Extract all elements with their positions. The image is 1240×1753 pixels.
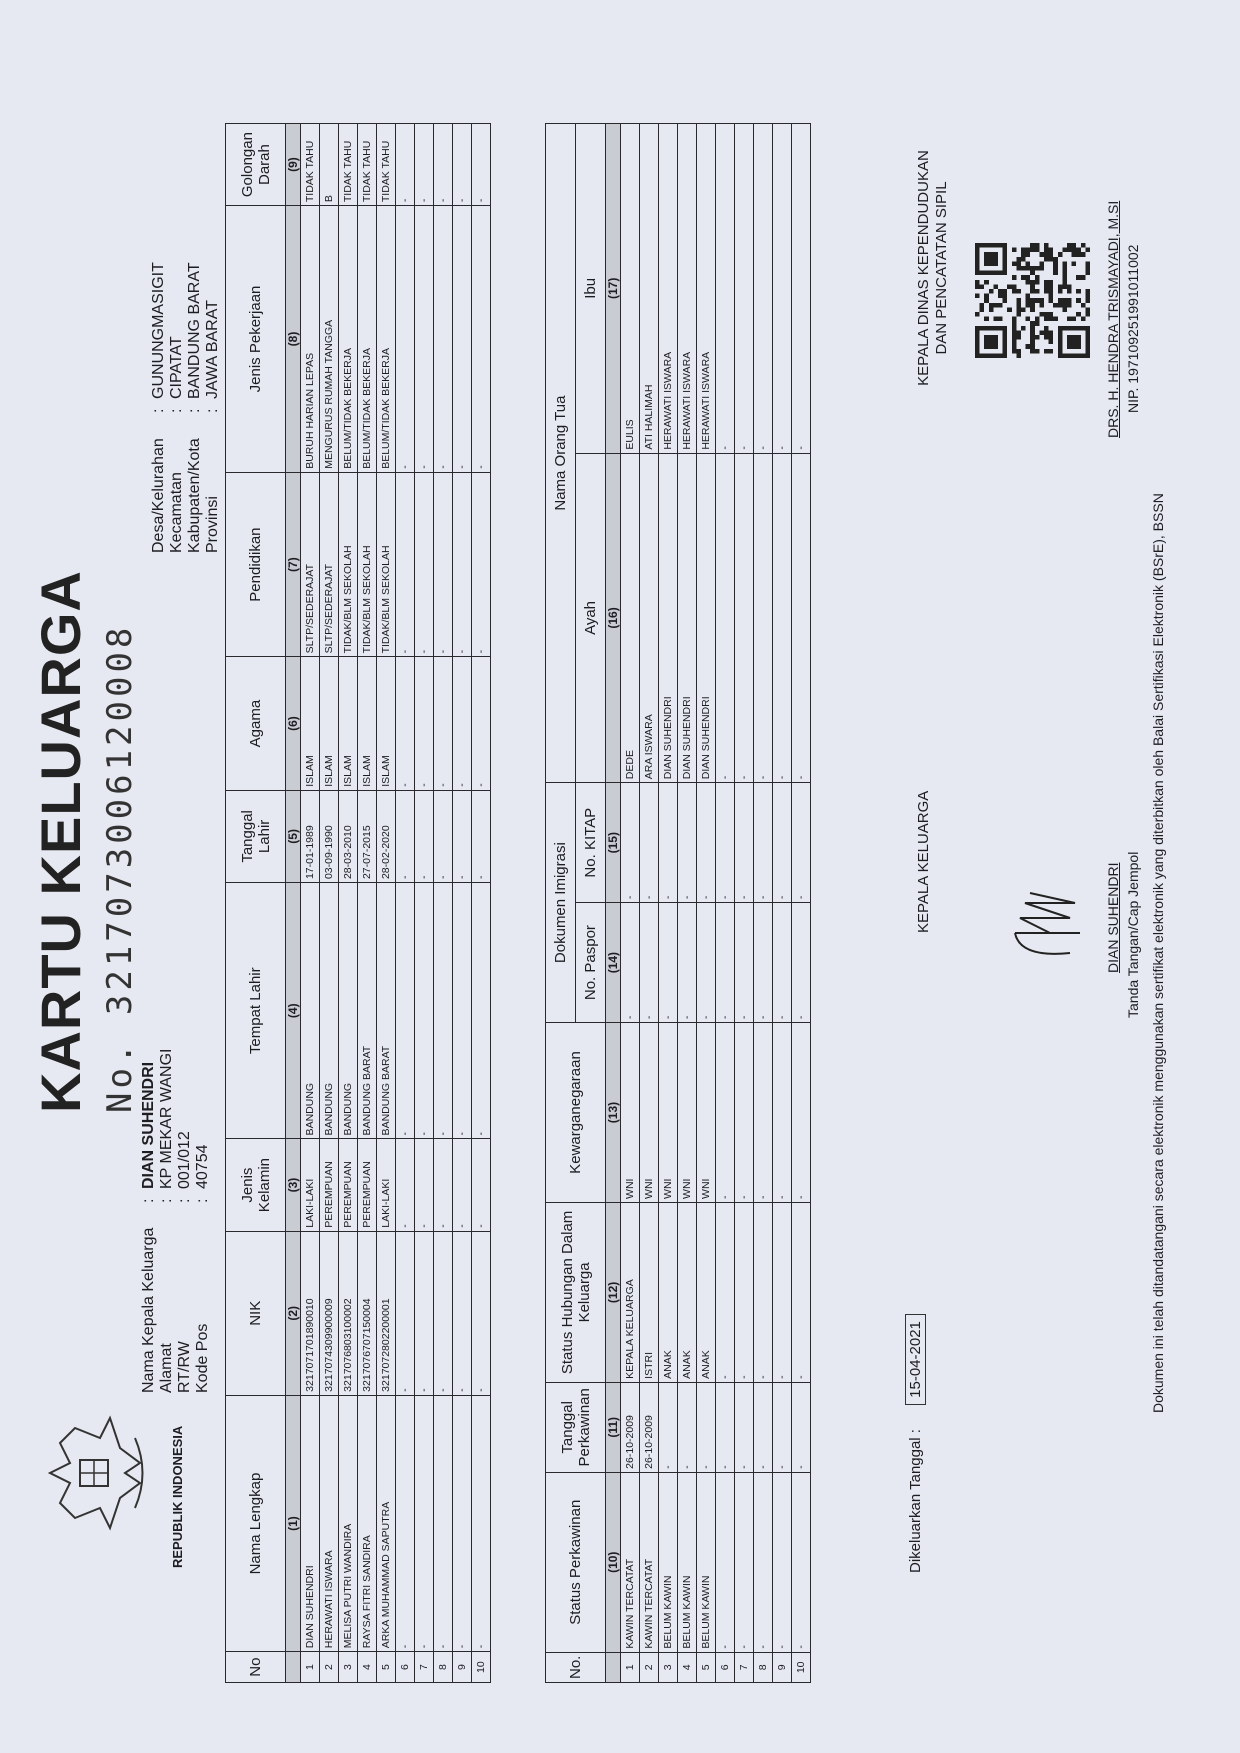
col-header: Tanggal Lahir [226,790,286,882]
col-header: Kewarganegaraan [546,1023,606,1203]
head-of-family-name: DIAN SUHENDRI [1105,863,1121,973]
table-cell: - [415,657,434,790]
header-label: Nama Kepala Keluarga [140,1203,158,1393]
table-cell: - [415,124,434,206]
rt-rw-value: 001/012 [176,1131,194,1189]
table-cell: - [434,790,453,882]
table-cell: - [773,1472,792,1652]
table-cell: - [453,124,472,206]
column-number: (15) [606,783,621,903]
table-cell: 10 [472,1652,491,1683]
civil-row: 10-------- [792,124,811,1683]
table-cell: - [396,657,415,790]
table-cell: - [773,1023,792,1203]
table-cell: MELISA PUTRI WANDIRA [339,1395,358,1651]
header-label: Kecamatan [168,413,186,553]
signature-caption: Tanda Tangan/Cap Jempol [1125,852,1141,1018]
column-number: (7) [286,472,301,657]
col-header: Golongan Darah [226,124,286,206]
table-cell: - [735,1202,754,1382]
member-row: 2HERAWATI ISWARA3217074309900009PEREMPUA… [320,124,339,1683]
table-cell: 4 [358,1652,377,1683]
column-number: (5) [286,790,301,882]
table-cell: - [792,903,811,1023]
col-header: NIK [226,1231,286,1395]
col-header: Status Hubungan Dalam Keluarga [546,1202,606,1382]
electronic-signature-disclaimer: Dokumen ini telah ditandatangani secara … [1150,493,1166,1413]
table-cell: DIAN SUHENDRI [659,453,678,783]
table-cell: - [434,1139,453,1231]
table-cell: - [396,124,415,206]
table-cell: - [773,783,792,903]
table-cell: - [415,1231,434,1395]
member-row: 4RAYSA FITRI SANDIRA3217076707150004PERE… [358,124,377,1683]
table-cell: 5 [377,1652,396,1683]
table-cell: - [415,472,434,657]
table-cell: BELUM KAWIN [659,1472,678,1652]
table-cell: - [792,124,811,454]
table-cell: - [716,1202,735,1382]
header-label: Kabupaten/Kota [186,413,204,553]
table-cell: - [697,1382,716,1472]
table-cell: - [472,472,491,657]
table-cell: - [716,1472,735,1652]
header-left: Nama Kepala Keluarga:DIAN SUHENDRI Alama… [140,1049,212,1393]
table-cell: - [453,206,472,473]
table-cell: - [453,1139,472,1231]
family-card-document: REPUBLIK INDONESIA KARTU KELUARGA No. 32… [0,0,1240,1753]
table-cell: 28-02-2020 [377,790,396,882]
table-cell: - [453,1395,472,1651]
table-cell: HERAWATI ISWARA [659,124,678,454]
column-number: (4) [286,883,301,1139]
qr-code-icon [975,243,1090,358]
table-cell: BANDUNG BARAT [358,883,377,1139]
table-cell: - [773,124,792,454]
table-cell: - [697,783,716,903]
col-header: Jenis Pekerjaan [226,206,286,473]
table-cell: 28-03-2010 [339,790,358,882]
table-cell: WNI [659,1023,678,1203]
table-cell: 26-10-2009 [640,1382,659,1472]
civil-row: 8-------- [754,124,773,1683]
table-cell: - [472,124,491,206]
column-number: (11) [606,1382,621,1472]
table-cell: - [434,124,453,206]
header-label: Alamat [158,1203,176,1393]
table-cell: - [472,1231,491,1395]
table-cell: ATI HALIMAH [640,124,659,454]
table-cell: WNI [678,1023,697,1203]
table-cell: - [754,1382,773,1472]
table-cell: ANAK [659,1202,678,1382]
table-cell: PEREMPUAN [320,1139,339,1231]
table-cell: 7 [415,1652,434,1683]
table-cell: ARA ISWARA [640,453,659,783]
table-cell: SLTP/SEDERAJAT [320,472,339,657]
table-cell: - [792,783,811,903]
col-header: No. [546,1652,606,1682]
table-cell: BURUH HARIAN LEPAS [301,206,320,473]
head-of-family-value: DIAN SUHENDRI [140,1062,158,1189]
civil-row: 3BELUM KAWIN-ANAKWNI--DIAN SUHENDRIHERAW… [659,124,678,1683]
table-cell: - [773,903,792,1023]
signature-icon [1000,883,1090,963]
table-cell: ISLAM [320,657,339,790]
civil-row: 2KAWIN TERCATAT26-10-2009ISTRIWNI--ARA I… [640,124,659,1683]
table-cell: - [659,903,678,1023]
table-cell: - [434,1395,453,1651]
table-cell: TIDAK TAHU [358,124,377,206]
table-cell: 3217076707150004 [358,1231,377,1395]
table-cell: 17-01-1989 [301,790,320,882]
member-row: 8--------- [434,124,453,1683]
table-cell: BANDUNG [339,883,358,1139]
table-cell: - [716,903,735,1023]
table-cell: - [754,1472,773,1652]
column-number: (2) [286,1231,301,1395]
table-cell: BANDUNG [320,883,339,1139]
table-cell: TIDAK TAHU [339,124,358,206]
table-cell: KEPALA KELUARGA [621,1202,640,1382]
member-row: 9--------- [453,124,472,1683]
table-cell: 4 [678,1652,697,1682]
table-cell: - [434,1231,453,1395]
table-cell: - [678,1382,697,1472]
document-title: KARTU KELUARGA [28,570,93,1113]
col-header: Dokumen Imigrasi [546,783,576,1023]
table-cell: - [396,1395,415,1651]
table-cell: ARKA MUHAMMAD SAPUTRA [377,1395,396,1651]
table-cell: LAKI-LAKI [377,1139,396,1231]
table-cell: 8 [434,1652,453,1683]
table-cell: - [640,903,659,1023]
table-cell: - [415,1395,434,1651]
col-header: Agama [226,657,286,790]
table-cell: - [678,903,697,1023]
table-cell: SLTP/SEDERAJAT [301,472,320,657]
table-cell: BANDUNG BARAT [377,883,396,1139]
table-cell: - [621,783,640,903]
col-header: Jenis Kelamin [226,1139,286,1231]
table-cell: - [640,783,659,903]
table-cell: HERAWATI ISWARA [697,124,716,454]
civil-row: 7-------- [735,124,754,1683]
table-cell: - [434,883,453,1139]
table-cell: BELUM KAWIN [697,1472,716,1652]
table-cell: 3217072802200001 [377,1231,396,1395]
table-cell: ISLAM [301,657,320,790]
table-cell: - [716,1382,735,1472]
official-name: DRS. H. HENDRA TRISMAYADI, M.SI [1105,201,1121,438]
civil-row: 6-------- [716,124,735,1683]
member-row: 5ARKA MUHAMMAD SAPUTRA3217072802200001LA… [377,124,396,1683]
table-cell: - [716,1023,735,1203]
province-value: JAWA BARAT [204,300,222,399]
column-number: (12) [606,1202,621,1382]
member-row: 1DIAN SUHENDRI3217071701890010LAKI-LAKIB… [301,124,320,1683]
table-cell: - [716,453,735,783]
table-cell: MENGURUS RUMAH TANGGA [320,206,339,473]
table-cell: - [792,1382,811,1472]
civil-row: 4BELUM KAWIN-ANAKWNI--DIAN SUHENDRIHERAW… [678,124,697,1683]
table-cell: - [773,1202,792,1382]
table-cell: - [735,453,754,783]
column-number [286,1652,301,1683]
table-cell: 3217071701890010 [301,1231,320,1395]
col-header: No [226,1652,286,1683]
table-cell: WNI [621,1023,640,1203]
table-cell: ISLAM [358,657,377,790]
table-cell: RAYSA FITRI SANDIRA [358,1395,377,1651]
header-label: Provinsi [204,413,222,553]
table-cell: 03-09-1990 [320,790,339,882]
issued-label: Dikeluarkan Tanggal : [907,1429,924,1573]
table-cell: BELUM/TIDAK BEKERJA [339,206,358,473]
table-cell: - [415,790,434,882]
table-cell: - [754,783,773,903]
column-number: (9) [286,124,301,206]
table-cell: - [716,783,735,903]
table-cell: - [792,1472,811,1652]
table-cell: - [453,1231,472,1395]
table-cell: TIDAK TAHU [301,124,320,206]
col-subheader: No. KITAP [576,783,606,903]
civil-row: 1KAWIN TERCATAT26-10-2009KEPALA KELUARGA… [621,124,640,1683]
table-cell: DIAN SUHENDRI [697,453,716,783]
table-cell: - [659,1382,678,1472]
table-cell: TIDAK TAHU [377,124,396,206]
table-cell: 2 [640,1652,659,1682]
member-row: 10--------- [472,124,491,1683]
member-row: 6--------- [396,124,415,1683]
column-number [606,1652,621,1682]
table-cell: - [396,1139,415,1231]
table-cell: ANAK [697,1202,716,1382]
table-cell: DEDE [621,453,640,783]
official-title-line: KEPALA DINAS KEPENDUDUKAN [915,138,933,398]
member-row: 3MELISA PUTRI WANDIRA3217076803100002PER… [339,124,358,1683]
regency-value: BANDUNG BARAT [186,262,204,399]
table-cell: - [716,124,735,454]
col-header: Nama Lengkap [226,1395,286,1651]
table-cell: BELUM/TIDAK BEKERJA [377,206,396,473]
village-value: GUNUNGMASIGIT [150,262,168,399]
civil-status-table: No. Status Perkawinan Tanggal Perkawinan… [545,123,811,1683]
table-cell: 9 [453,1652,472,1683]
table-cell: 10 [792,1652,811,1682]
table-cell: KAWIN TERCATAT [621,1472,640,1652]
table-cell: ISLAM [377,657,396,790]
header-label: Kode Pos [194,1203,212,1393]
table-cell: - [453,790,472,882]
col-header: Status Perkawinan [546,1472,606,1652]
table-cell: BELUM KAWIN [678,1472,697,1652]
table-cell: - [434,206,453,473]
table-cell: 2 [320,1652,339,1683]
column-number: (13) [606,1023,621,1203]
col-header: Tempat Lahir [226,883,286,1139]
table-cell: HERAWATI ISWARA [320,1395,339,1651]
table-cell: - [415,883,434,1139]
table-cell: - [754,903,773,1023]
column-number: (14) [606,903,621,1023]
table-cell: - [472,1139,491,1231]
civil-row: 5BELUM KAWIN-ANAKWNI--DIAN SUHENDRIHERAW… [697,124,716,1683]
table-cell: - [754,1023,773,1203]
table-cell: EULIS [621,124,640,454]
column-number: (16) [606,453,621,783]
table-cell: TIDAK/BLM SEKOLAH [339,472,358,657]
table-cell: - [735,783,754,903]
table-cell: 8 [754,1652,773,1682]
table-cell: - [415,206,434,473]
table-cell: - [621,903,640,1023]
table-cell: - [678,783,697,903]
table-cell: TIDAK/BLM SEKOLAH [377,472,396,657]
district-value: CIPATAT [168,336,186,399]
table-cell: 1 [621,1652,640,1682]
table-cell: - [754,453,773,783]
republik-label: REPUBLIK INDONESIA [170,1426,185,1568]
head-of-family-label: KEPALA KELUARGA [915,791,932,933]
table-cell: - [453,472,472,657]
table-cell: PEREMPUAN [339,1139,358,1231]
col-header: Pendidikan [226,472,286,657]
table-cell: KAWIN TERCATAT [640,1472,659,1652]
table-cell: 5 [697,1652,716,1682]
table-cell: BELUM/TIDAK BEKERJA [358,206,377,473]
official-nip: NIP. 197109251991011002 [1125,245,1141,413]
civil-row: 9-------- [773,124,792,1683]
column-number: (1) [286,1395,301,1651]
table-cell: - [396,1231,415,1395]
table-cell: WNI [640,1023,659,1203]
table-cell: - [735,1382,754,1472]
table-cell: - [396,790,415,882]
col-header: Nama Orang Tua [546,124,576,783]
table-cell: - [735,1472,754,1652]
col-subheader: Ibu [576,124,606,454]
family-members-table: No Nama Lengkap NIK Jenis Kelamin Tempat… [225,123,491,1683]
table-cell: 3217074309900009 [320,1231,339,1395]
table-cell: ANAK [678,1202,697,1382]
table-cell: HERAWATI ISWARA [678,124,697,454]
garuda-emblem-icon [40,1408,150,1538]
table-cell: - [792,1023,811,1203]
table-cell: - [735,903,754,1023]
table-cell: 3 [659,1652,678,1682]
table-cell: ISLAM [339,657,358,790]
col-header: Tanggal Perkawinan [546,1382,606,1472]
table-cell: - [472,657,491,790]
table-cell: 9 [773,1652,792,1682]
table-cell: 6 [396,1652,415,1683]
header-right: Desa/Kelurahan:GUNUNGMASIGIT Kecamatan:C… [150,262,222,553]
postal-code-value: 40754 [194,1145,212,1190]
header-label: Desa/Kelurahan [150,413,168,553]
table-cell: - [697,903,716,1023]
family-card-number: No. 3217073006120008 [100,624,140,1113]
issued-date-block: Dikeluarkan Tanggal : 15-04-2021 [905,1314,926,1573]
table-cell: 3217076803100002 [339,1231,358,1395]
table-cell: LAKI-LAKI [301,1139,320,1231]
official-title-line: DAN PENCATATAN SIPIL [933,138,951,398]
table-cell: B [320,124,339,206]
table-cell: - [396,472,415,657]
table-cell: - [773,1382,792,1472]
column-number: (3) [286,1139,301,1231]
table-cell: TIDAK/BLM SEKOLAH [358,472,377,657]
table-cell: - [735,124,754,454]
table-cell: - [735,1023,754,1203]
issued-date: 15-04-2021 [905,1314,926,1405]
table-cell: 6 [716,1652,735,1682]
table-cell: 27-07-2015 [358,790,377,882]
table-cell: 7 [735,1652,754,1682]
column-number: (8) [286,206,301,473]
table-cell: - [472,1395,491,1651]
table-cell: - [773,453,792,783]
table-cell: DIAN SUHENDRI [301,1395,320,1651]
table-cell: 3 [339,1652,358,1683]
table-cell: - [659,783,678,903]
column-number: (6) [286,657,301,790]
column-number: (17) [606,124,621,454]
table-cell: - [434,657,453,790]
table-cell: - [453,883,472,1139]
member-row: 7--------- [415,124,434,1683]
table-cell: - [754,124,773,454]
table-cell: BANDUNG [301,883,320,1139]
table-cell: - [472,883,491,1139]
column-number: (10) [606,1472,621,1652]
official-title: KEPALA DINAS KEPENDUDUKAN DAN PENCATATAN… [915,138,951,398]
table-cell: PEREMPUAN [358,1139,377,1231]
table-cell: - [396,883,415,1139]
col-subheader: No. Paspor [576,903,606,1023]
table-cell: - [415,1139,434,1231]
header-label: RT/RW [176,1203,194,1393]
table-cell: - [434,472,453,657]
table-cell: - [792,1202,811,1382]
table-cell: 1 [301,1652,320,1683]
table-cell: - [754,1202,773,1382]
table-cell: - [396,206,415,473]
address-value: KP MEKAR WANGI [158,1049,176,1189]
table-cell: ISTRI [640,1202,659,1382]
table-cell: - [472,206,491,473]
table-cell: DIAN SUHENDRI [678,453,697,783]
table-cell: WNI [697,1023,716,1203]
col-subheader: Ayah [576,453,606,783]
table-cell: - [472,790,491,882]
table-cell: - [453,657,472,790]
table-cell: - [792,453,811,783]
table-cell: 26-10-2009 [621,1382,640,1472]
